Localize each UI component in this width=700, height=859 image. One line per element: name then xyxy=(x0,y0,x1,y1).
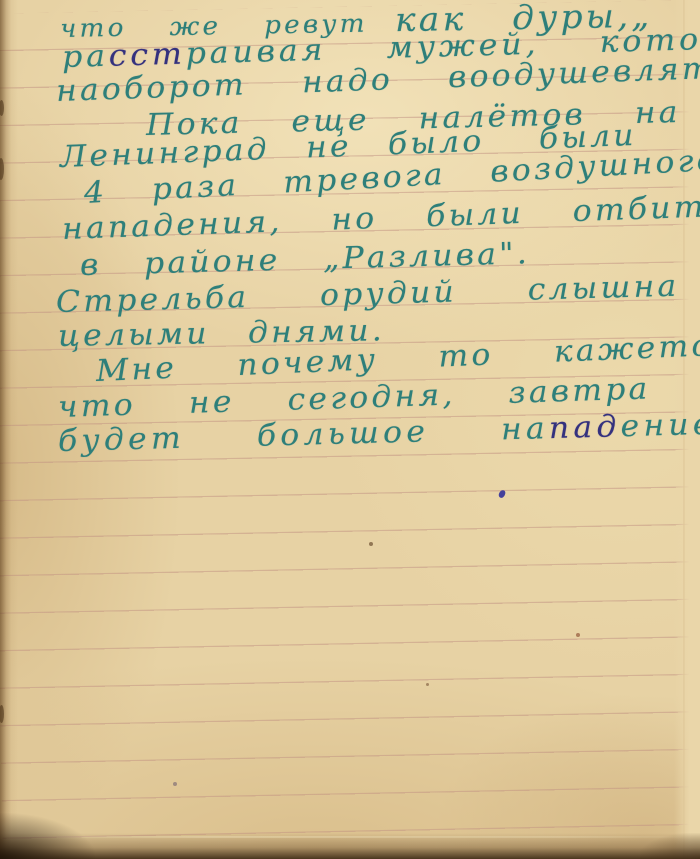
binding-edge xyxy=(0,0,18,859)
page-bottom-shadow xyxy=(0,833,700,859)
page-corner-shadow xyxy=(640,833,700,859)
paper-speck xyxy=(369,542,373,546)
notebook-page: что же ревуткак дуры,„ расстраивая мужей… xyxy=(0,0,700,859)
paper-speck xyxy=(426,683,429,686)
paper-speck xyxy=(173,782,177,786)
text-segment: ение. xyxy=(620,406,700,444)
page-corner-shadow xyxy=(0,813,95,859)
overwritten-text-segment: пад xyxy=(548,409,621,446)
overwritten-text-segment: сст xyxy=(108,37,186,74)
text-segment: ра xyxy=(62,39,110,75)
paper-speck xyxy=(576,633,580,637)
